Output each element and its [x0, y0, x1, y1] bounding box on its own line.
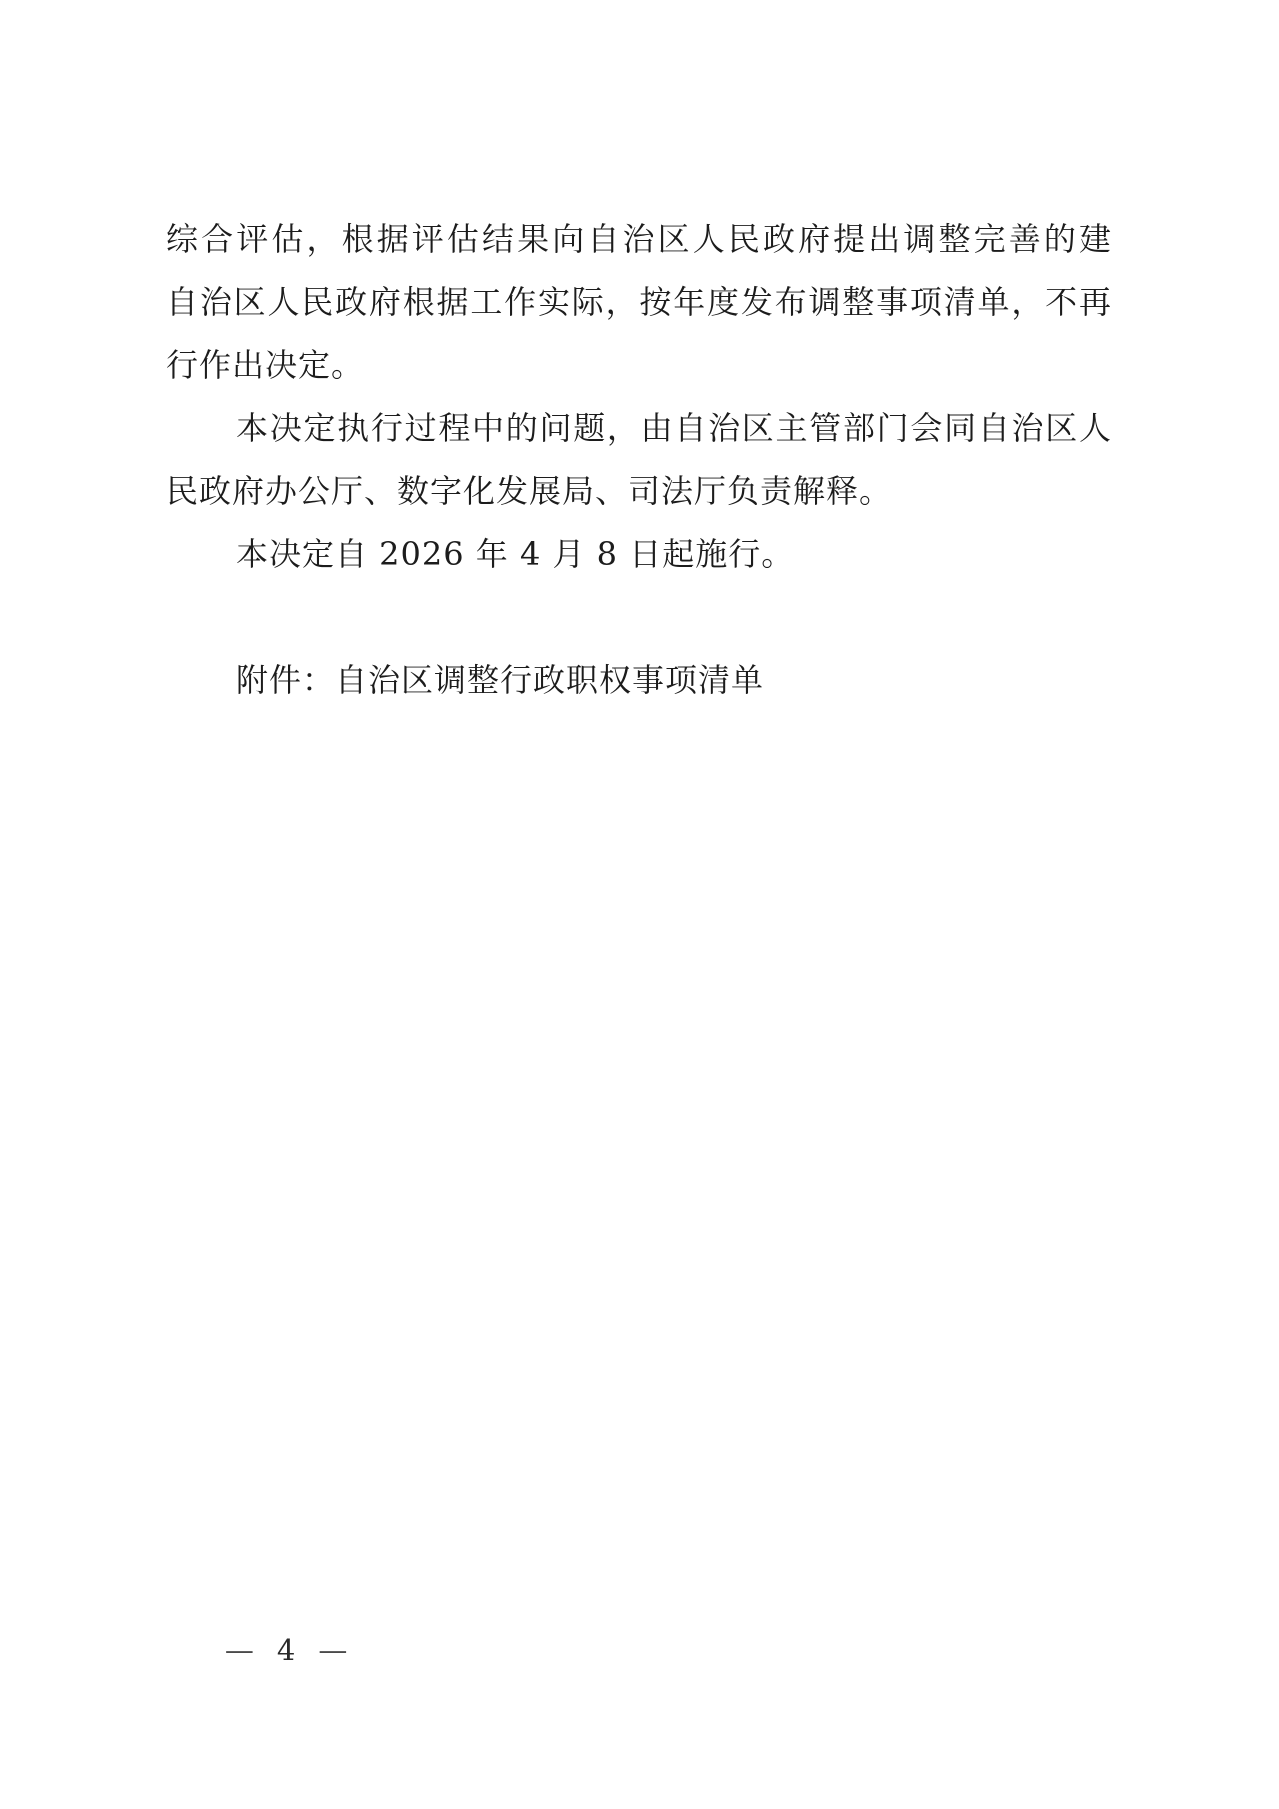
page-number-left-dash: —	[213, 1633, 267, 1667]
body-line-3: 行作出决定。	[166, 334, 1112, 397]
body-line-6: 本决定自 2026 年 4 月 8 日起施行。	[166, 523, 1112, 586]
page-number: 4	[267, 1633, 306, 1667]
body-line-2: 自治区人民政府根据工作实际，按年度发布调整事项清单，不再另	[166, 271, 1112, 334]
page-footer: —4—	[172, 1590, 360, 1710]
body-line-4: 本决定执行过程中的问题，由自治区主管部门会同自治区人	[166, 397, 1112, 460]
body-line-5: 民政府办公厅、数字化发展局、司法厅负责解释。	[166, 460, 1112, 523]
body-text: 综合评估，根据评估结果向自治区人民政府提出调整完善的建议。 自治区人民政府根据工…	[166, 208, 1112, 712]
attachment-reference-line: 附件：自治区调整行政职权事项清单	[166, 649, 1112, 712]
document-page: 综合评估，根据评估结果向自治区人民政府提出调整完善的建议。 自治区人民政府根据工…	[0, 0, 1279, 1809]
page-number-right-dash: —	[306, 1633, 360, 1667]
body-line-1: 综合评估，根据评估结果向自治区人民政府提出调整完善的建议。	[166, 208, 1112, 271]
